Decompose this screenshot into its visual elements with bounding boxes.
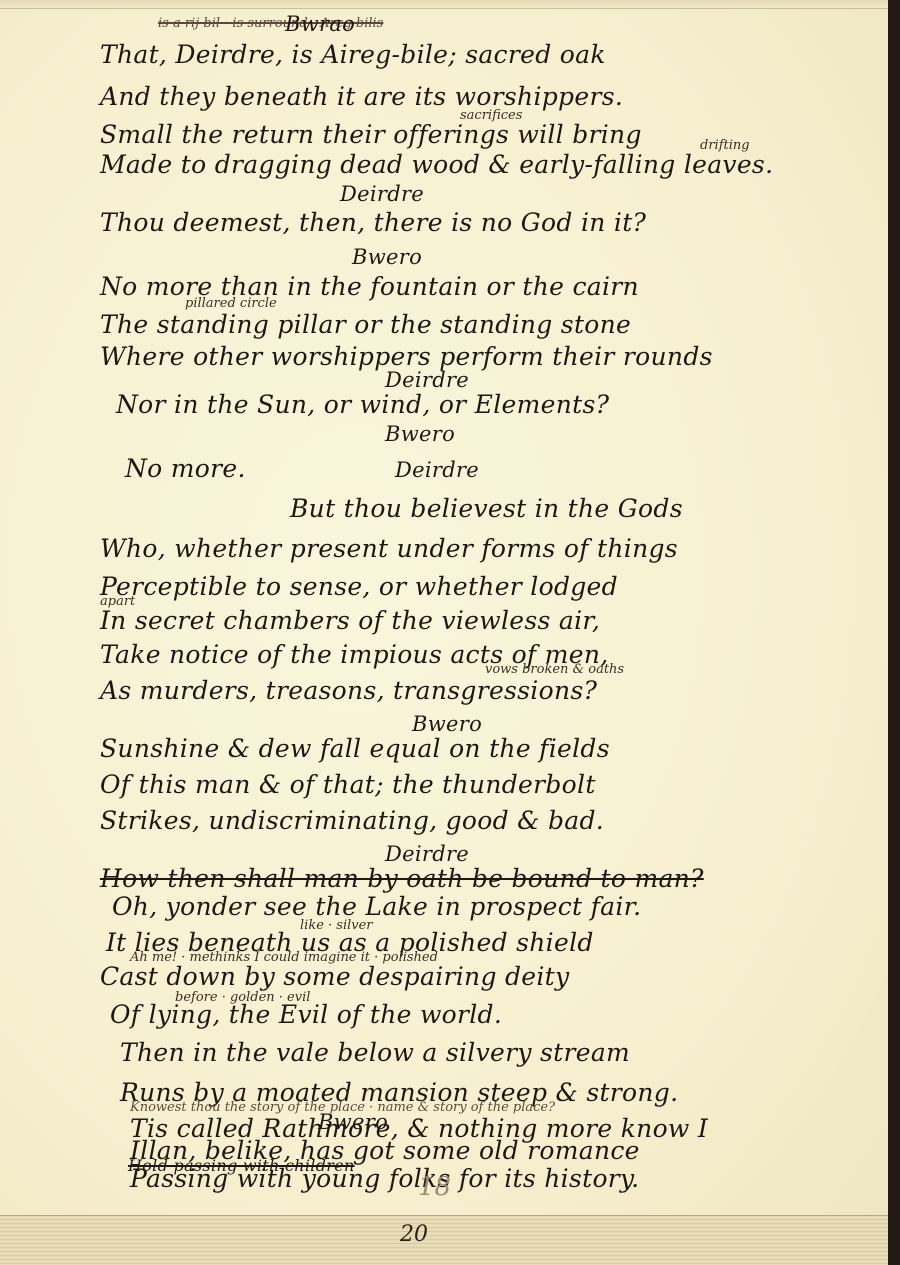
- verse-line: Made to dragging dead wood & early-falli…: [100, 150, 773, 179]
- speaker-name: Bwero: [385, 422, 455, 446]
- verse-line: And they beneath it are its worshippers.: [100, 82, 623, 111]
- manuscript-page: is a rij bil · is surround · Areg bilis …: [0, 0, 888, 1265]
- verse-line: The standing pillar or the standing ston…: [100, 310, 631, 339]
- speaker-name: Deirdre: [385, 842, 469, 866]
- verse-line: That, Deirdre, is Aireg-bile; sacred oak: [100, 40, 606, 69]
- verse-line: Nor in the Sun, or wind, or Elements?: [116, 390, 609, 419]
- verse-line: Strikes, undiscriminating, good & bad.: [100, 806, 604, 835]
- speaker-name: Bwero: [352, 245, 422, 269]
- verse-line: Who, whether present under forms of thin…: [100, 534, 678, 563]
- page-bottom-edges: [0, 1215, 888, 1265]
- verse-line: No more than in the fountain or the cair…: [100, 272, 639, 301]
- speaker-name: Deirdre: [385, 368, 469, 392]
- verse-line: Passing with young folks for its history…: [130, 1164, 639, 1193]
- speaker-name: Deirdre: [340, 182, 424, 206]
- speaker-name: Bwero: [412, 712, 482, 736]
- verse-line: In secret chambers of the viewless air,: [100, 606, 600, 635]
- interlinear-note: pillared circle: [185, 296, 277, 311]
- folio-number: 20: [400, 1222, 428, 1247]
- verse-line: Perceptible to sense, or whether lodged: [100, 572, 618, 601]
- verse-line: Where other worshippers perform their ro…: [100, 342, 713, 371]
- verse-line: Sunshine & dew fall equal on the fields: [100, 734, 610, 763]
- verse-line-struck: How then shall man by oath be bound to m…: [100, 864, 704, 893]
- verse-line: Then in the vale below a silvery stream: [120, 1038, 630, 1067]
- verse-line: Of this man & of that; the thunderbolt: [100, 770, 596, 799]
- verse-line: But thou believest in the Gods: [290, 494, 683, 523]
- page-top-edge: [0, 0, 888, 9]
- verse-line: No more.: [125, 454, 246, 483]
- verse-line: Cast down by some despairing deity: [100, 962, 569, 991]
- book-spine: [888, 0, 900, 1265]
- verse-line: Oh, yonder see the Lake in prospect fair…: [112, 892, 641, 921]
- speaker-name: Deirdre: [395, 458, 479, 482]
- verse-line: As murders, treasons, transgressions?: [100, 676, 597, 705]
- pencil-page-number: 18: [418, 1172, 451, 1202]
- verse-line: Thou deemest, then, there is no God in i…: [100, 208, 646, 237]
- speaker-name: Bwrao: [285, 12, 355, 36]
- speaker-name: Bwero: [318, 1110, 388, 1134]
- interlinear-note: vows broken & oaths: [485, 662, 624, 677]
- verse-line: Small the return their offerings will br…: [100, 120, 642, 149]
- verse-line: Of lying, the Evil of the world.: [110, 1000, 502, 1029]
